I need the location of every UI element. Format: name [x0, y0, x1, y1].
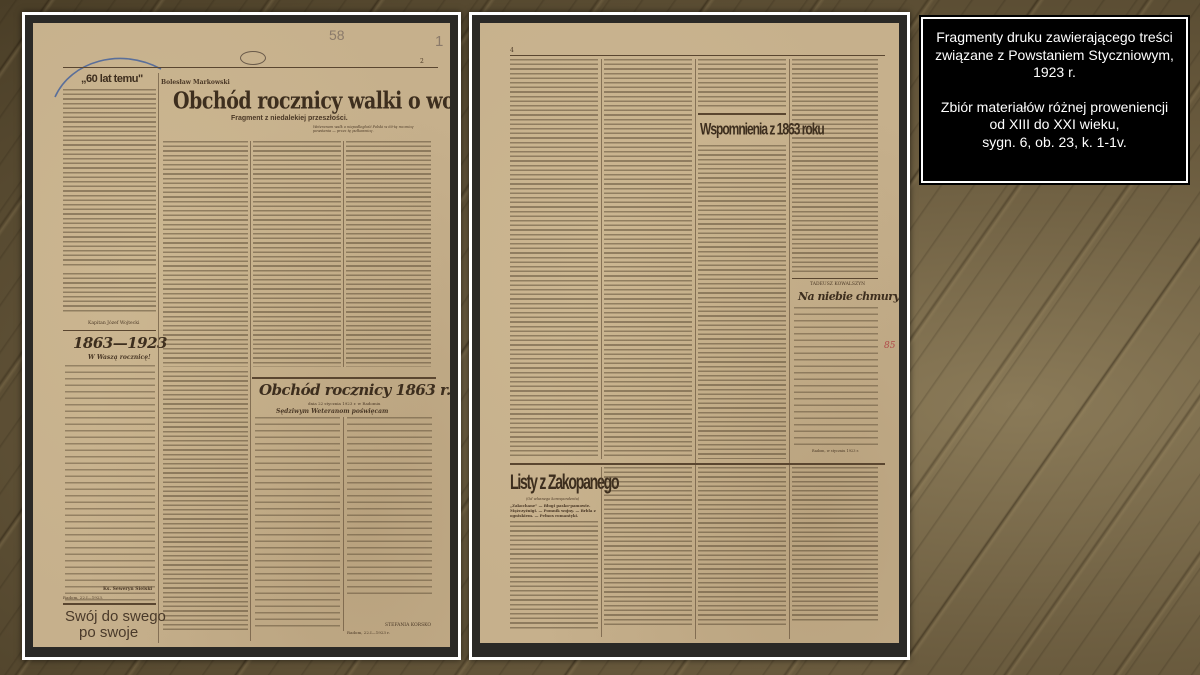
poem-author: TADEUSZ KOWALSZYN — [810, 282, 865, 287]
sidebar-text-2 — [63, 273, 156, 313]
second-poem-signature: STEFANIA KORSKO — [385, 623, 431, 628]
second-article-subtitle: Sędziwym Weteranom poświęcam — [276, 408, 388, 415]
poem-subtitle: W Waszą rocznicę! — [88, 354, 151, 361]
letters-column-1 — [510, 521, 598, 629]
poem-signature: Ks. Seweryn Sielski — [103, 587, 152, 592]
slogan-rule — [63, 603, 156, 605]
column-divider — [789, 59, 790, 639]
article-dedication: Weteranom walk o niepodległość Polski w … — [313, 125, 423, 133]
column-divider — [343, 141, 344, 367]
column-divider — [250, 141, 251, 641]
poem-text — [65, 365, 155, 605]
left-page-scan: 58 1 2 „60 lat temu" Kapitan Józef Wojte… — [25, 15, 458, 657]
letters-column-2 — [604, 467, 692, 627]
column-divider — [601, 467, 602, 637]
caption-line: Zbiór materiałów różnej proweniencji — [929, 99, 1180, 117]
right-page-scan-frame: 4 Wspomnienia z 1863 roku TADEUSZ KOWALS… — [469, 12, 910, 660]
poem-place: Radom, w styczniu 1923 r. — [812, 449, 859, 453]
second-article-dateline: dnia 22 stycznia 1923 r. w Radomiu — [308, 401, 380, 406]
caption-line: od XIII do XXI wieku, — [929, 116, 1180, 134]
letters-column-4 — [792, 467, 878, 623]
sidebar-text — [63, 89, 156, 267]
poem-text — [794, 307, 878, 445]
letters-title: Listy z Zakopanego — [510, 469, 618, 494]
article-column-2 — [253, 141, 341, 367]
left-page-scan-frame: 58 1 2 „60 lat temu" Kapitan Józef Wojte… — [22, 12, 461, 660]
second-poem-place: Radom, 22.I—1923 r. — [347, 630, 390, 635]
second-article-rule — [252, 377, 436, 379]
letters-column-3 — [698, 467, 786, 627]
newspaper-page-left: 58 1 2 „60 lat temu" Kapitan Józef Wojte… — [33, 23, 450, 647]
article-subtitle: Fragment z niedalekiej przeszłości. — [231, 115, 348, 122]
page-number: 4 — [510, 47, 514, 54]
column-3 — [698, 59, 786, 109]
article-column-1 — [163, 141, 248, 367]
newspaper-page-right: 4 Wspomnienia z 1863 roku TADEUSZ KOWALS… — [480, 23, 899, 643]
column-divider — [601, 59, 602, 459]
second-article-title: Obchód rocznicy 1863 r. — [259, 381, 450, 399]
archive-number: 58 — [329, 27, 345, 43]
column-divider — [343, 417, 344, 631]
sidebar-title: „60 lat temu" — [81, 73, 143, 85]
article-rule — [698, 113, 786, 115]
column-2 — [604, 59, 692, 459]
second-poem-column-2 — [347, 417, 432, 599]
page-number: 2 — [420, 58, 424, 65]
poem-title: 1863—1923 — [73, 334, 167, 352]
header-rule — [63, 67, 438, 68]
memoir-text — [698, 145, 786, 459]
sidebar-signature: Kapitan Józef Wojtecki — [88, 321, 139, 326]
column-divider — [695, 59, 696, 639]
caption-line: 1923 r. — [929, 64, 1180, 82]
caption-line: Fragmenty druku zawierającego treści — [929, 29, 1180, 47]
right-page-scan: 4 Wspomnienia z 1863 roku TADEUSZ KOWALS… — [472, 15, 907, 657]
slogan-line-2: po swoje — [79, 624, 138, 641]
letters-rule — [510, 463, 885, 465]
caption-line: związane z Powstaniem Styczniowym, — [929, 47, 1180, 65]
second-poem-column-1 — [255, 417, 340, 631]
caption-box: Fragmenty druku zawierającego treści zwi… — [921, 17, 1188, 183]
header-rule — [510, 55, 885, 56]
letters-subtitle: (Od własnego korespondenta) — [526, 497, 579, 501]
poem-place: Radom, 22.I—1923. — [63, 595, 103, 600]
column-4 — [792, 59, 878, 275]
folio-mark: 1 — [435, 33, 443, 50]
poem-rule — [792, 278, 878, 279]
letters-lead: „Zakochane" — Błogi pasko-pamowie. Mężcz… — [510, 503, 598, 518]
sidebar-rule — [63, 330, 156, 331]
article-column-3 — [346, 141, 431, 367]
article-title: Obchód rocznicy walki o wolność — [173, 87, 450, 115]
slogan-line-1: Swój do swego — [65, 608, 166, 625]
archive-stamp — [240, 51, 266, 65]
column-1 — [510, 59, 598, 459]
folio-mark: 85 — [884, 341, 895, 351]
poem-title: Na niebie chmury — [798, 290, 899, 303]
article-column-1-cont — [163, 371, 248, 633]
column-divider — [158, 73, 159, 643]
caption-line: sygn. 6, ob. 23, k. 1-1v. — [929, 134, 1180, 152]
article-author: Bolesław Markowski — [161, 79, 230, 86]
